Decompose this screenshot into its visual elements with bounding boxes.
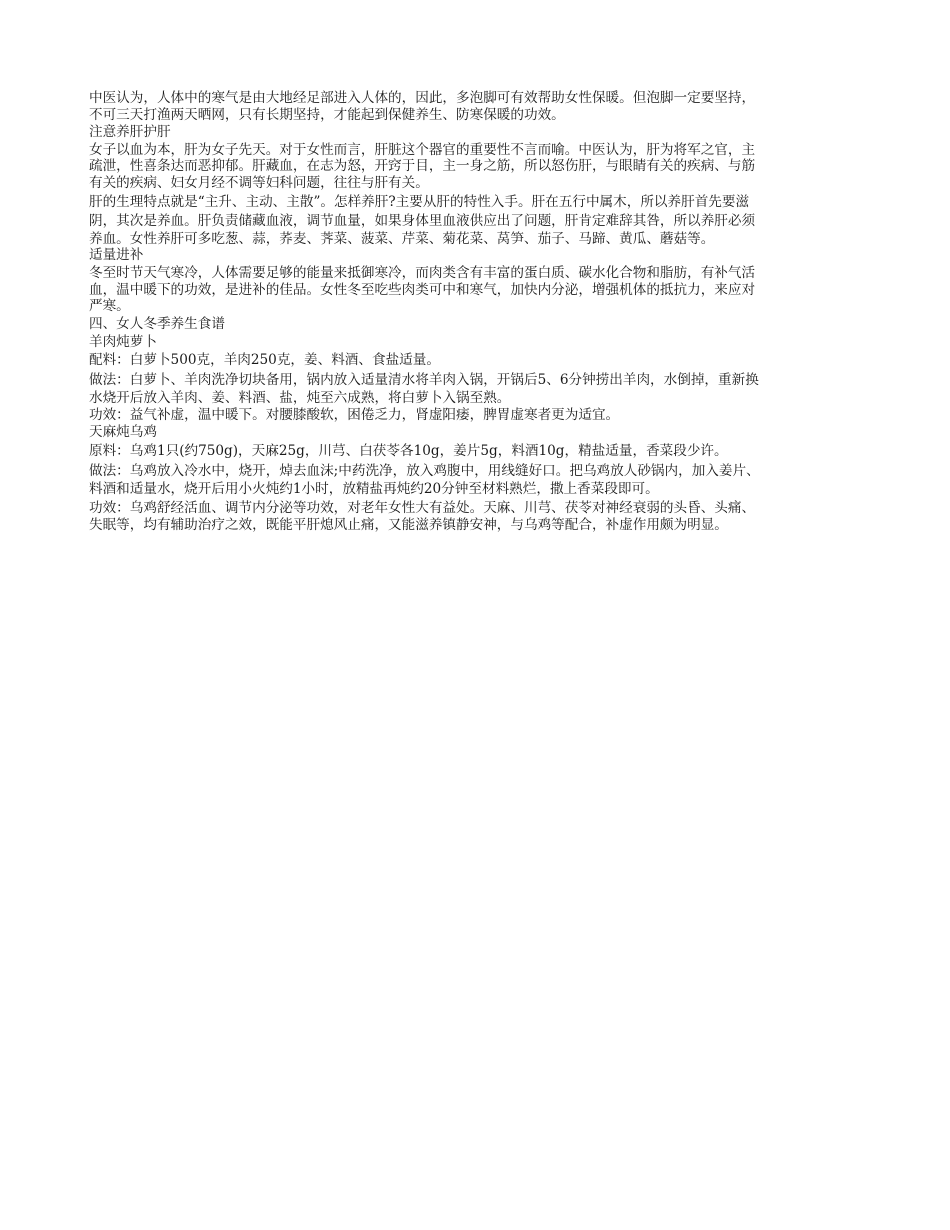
- paragraph-line: 失眠等，均有辅助治疗之效，既能平肝熄风止痛，又能滋养镇静安神，与乌鸡等配合，补虚…: [89, 517, 728, 534]
- paragraph-line: 不可三天打渔两天晒网，只有长期坚持，才能起到保健养生、防寒保暖的功效。: [89, 107, 565, 124]
- document-page: 中医认为，人体中的寒气是由大地经足部进入人体的，因此，多泡脚可有效帮助女性保暖。…: [0, 0, 950, 1230]
- section-heading: 适量进补: [89, 247, 143, 264]
- paragraph-line: 养血。女性养肝可多吃葱、蒜，荞麦、荠菜、菠菜、芹菜、菊花菜、莴笋、茄子、马蹄、黄…: [89, 231, 714, 248]
- paragraph-line: 中医认为，人体中的寒气是由大地经足部进入人体的，因此，多泡脚可有效帮助女性保暖。…: [89, 90, 755, 107]
- paragraph-line: 疏泄，性喜条达而恶抑郁。肝藏血，在志为怒，开窍于目，主一身之筋，所以怒伤肝，与眼…: [89, 158, 755, 175]
- paragraph-line: 阴，其次是养血。肝负责储藏血液，调节血量，如果身体里血液供应出了问题，肝肯定难辞…: [89, 213, 755, 230]
- paragraph-line: 料酒和适量水，烧开后用小火炖约1小时，放精盐再炖约20分钟至材料熟烂，撒上香菜段…: [89, 481, 659, 498]
- paragraph-line: 冬至时节天气寒冷，人体需要足够的能量来抵御寒冷，而肉类含有丰富的蛋白质、碳水化合…: [89, 265, 755, 282]
- paragraph-line: 做法：乌鸡放入冷水中，烧开，焯去血沫;中药洗净，放入鸡腹中，用线缝好口。把乌鸡放…: [89, 463, 760, 480]
- paragraph-line: 功效：益气补虚，温中暖下。对腰膝酸软，困倦乏力，肾虚阳痿，脾胃虚寒者更为适宜。: [89, 407, 619, 424]
- paragraph-line: 配料：白萝卜500克，羊肉250克，姜、料酒、食盐适量。: [89, 352, 440, 369]
- paragraph-line: 水烧开后放入羊肉、姜、料酒、盐，炖至六成熟，将白萝卜入锅至熟。: [89, 390, 510, 407]
- paragraph-line: 严寒。: [89, 298, 130, 315]
- recipe-title: 羊肉炖萝卜: [89, 334, 157, 351]
- paragraph-line: 肝的生理特点就是“主升、主动、主散”。怎样养肝?主要从肝的特性入手。肝在五行中属…: [89, 194, 749, 211]
- paragraph-line: 做法：白萝卜、羊肉洗净切块备用，锅内放入适量清水将羊肉入锅，开锅后5、6分钟捞出…: [89, 372, 759, 389]
- section-heading: 四、女人冬季养生食谱: [89, 316, 225, 333]
- paragraph-line: 功效：乌鸡舒经活血、调节内分泌等功效，对老年女性大有益处。天麻、川芎、茯苓对神经…: [89, 500, 755, 517]
- paragraph-line: 血，温中暖下的功效，是进补的佳品。女性冬至吃些肉类可中和寒气，加快内分泌，增强机…: [89, 282, 755, 299]
- section-heading: 注意养肝护肝: [89, 124, 171, 141]
- paragraph-line: 女子以血为本，肝为女子先天。对于女性而言，肝脏这个器官的重要性不言而喻。中医认为…: [89, 142, 755, 159]
- recipe-title: 天麻炖乌鸡: [89, 424, 157, 441]
- paragraph-line: 有关的疾病、妇女月经不调等妇科问题，往往与肝有关。: [89, 175, 429, 192]
- paragraph-line: 原料：乌鸡1只(约750g)，天麻25g，川芎、白茯苓各10g，姜片5g，料酒1…: [89, 443, 728, 460]
